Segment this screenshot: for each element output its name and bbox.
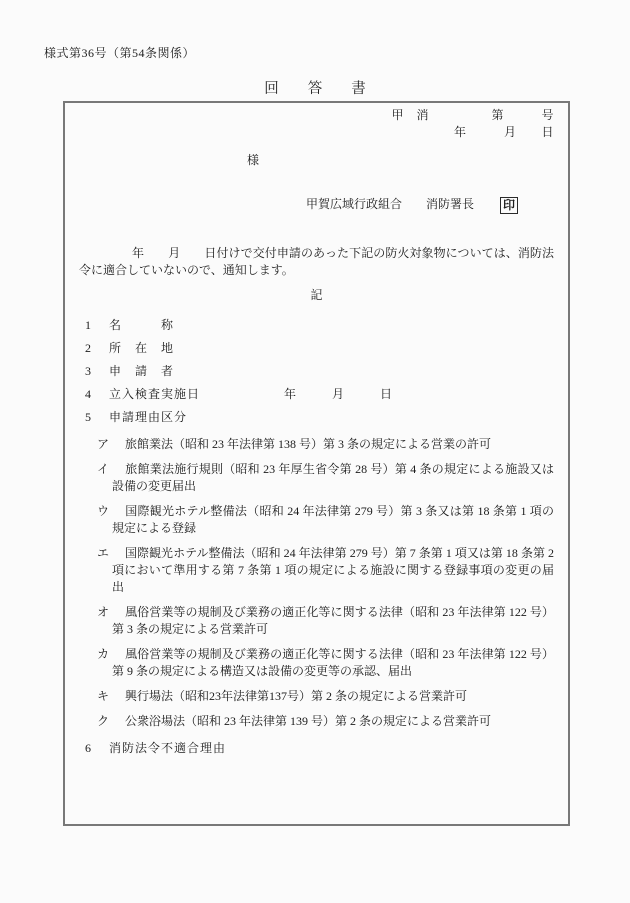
- reason-item: カ風俗営業等の規制及び業務の適正化等に関する法律（昭和 23 年法律第 122 …: [112, 646, 554, 680]
- item-number: 4: [85, 386, 109, 402]
- reason-item: ウ国際観光ホテル整備法（昭和 24 年法律第 279 号）第 3 条又は第 18…: [112, 503, 554, 537]
- item-number: 3: [85, 363, 109, 379]
- item-label: 申 請 者: [109, 364, 174, 378]
- reason-letter: イ: [97, 462, 109, 476]
- reason-letter: ア: [97, 437, 109, 451]
- document-frame: 甲 消 第 号 年 月 日 様 甲賀広域行政組合 消防署長印 年 月 日付けで交…: [63, 101, 570, 826]
- reason-text: 公衆浴場法（昭和 23 年法律第 139 号）第 2 条の規定による営業許可: [125, 714, 491, 728]
- item-number: 5: [85, 409, 109, 425]
- reason-item: オ風俗営業等の規制及び業務の適正化等に関する法律（昭和 23 年法律第 122 …: [112, 604, 554, 638]
- item-number: 1: [85, 317, 109, 333]
- seal-mark: 印: [500, 197, 518, 214]
- item-label: 所 在 地: [109, 341, 174, 355]
- form-number: 様式第36号（第54条関係）: [44, 44, 195, 61]
- issuer-line: 甲賀広域行政組合 消防署長印: [306, 195, 554, 214]
- reason-letter: オ: [97, 605, 109, 619]
- item-label: 立入検査実施日: [109, 387, 200, 401]
- item-name: 1名 称: [85, 317, 554, 333]
- item-number: 6: [85, 740, 109, 756]
- reason-category-list: ア旅館業法（昭和 23 年法律第 138 号）第 3 条の規定による営業の許可 …: [79, 436, 554, 730]
- date-line: 年 月 日: [79, 124, 554, 141]
- record-heading: 記: [79, 287, 554, 304]
- addressee-suffix: 様: [247, 152, 554, 169]
- reason-text: 旅館業法（昭和 23 年法律第 138 号）第 3 条の規定による営業の許可: [125, 437, 491, 451]
- item-noncompliance-reason: 6消防法令不適合理由: [85, 740, 554, 756]
- inspection-date-blanks: 年 月 日: [284, 387, 392, 401]
- reason-letter: キ: [97, 689, 109, 703]
- reason-letter: エ: [97, 546, 109, 560]
- item-applicant: 3申 請 者: [85, 363, 554, 379]
- document-title: 回 答 書: [0, 77, 630, 98]
- reason-letter: ウ: [97, 504, 109, 518]
- reason-item: ク公衆浴場法（昭和 23 年法律第 139 号）第 2 条の規定による営業許可: [112, 713, 554, 730]
- item-label: 申請理由区分: [109, 410, 187, 424]
- reason-text: 旅館業法施行規則（昭和 23 年厚生省令第 28 号）第 4 条の規定による施設…: [112, 462, 554, 493]
- reason-letter: カ: [97, 647, 109, 661]
- body-paragraph: 年 月 日付けで交付申請のあった下記の防火対象物については、消防法令に適合してい…: [79, 245, 554, 279]
- item-location: 2所 在 地: [85, 340, 554, 356]
- item-number: 2: [85, 340, 109, 356]
- reason-item: キ興行場法（昭和23年法律第137号）第 2 条の規定による営業許可: [112, 688, 554, 705]
- reason-text: 興行場法（昭和23年法律第137号）第 2 条の規定による営業許可: [125, 689, 467, 703]
- item-label: 消防法令不適合理由: [109, 741, 226, 755]
- issuer-name: 甲賀広域行政組合 消防署長: [306, 197, 474, 211]
- reason-item: エ国際観光ホテル整備法（昭和 24 年法律第 279 号）第 7 条第 1 項又…: [112, 545, 554, 596]
- item-label: 名 称: [109, 318, 174, 332]
- reason-text: 風俗営業等の規制及び業務の適正化等に関する法律（昭和 23 年法律第 122 号…: [112, 647, 554, 678]
- reason-item: ア旅館業法（昭和 23 年法律第 138 号）第 3 条の規定による営業の許可: [112, 436, 554, 453]
- reference-number-line: 甲 消 第 号: [79, 107, 554, 124]
- reason-item: イ旅館業法施行規則（昭和 23 年厚生省令第 28 号）第 4 条の規定による施…: [112, 461, 554, 495]
- reason-text: 国際観光ホテル整備法（昭和 24 年法律第 279 号）第 3 条又は第 18 …: [112, 504, 554, 535]
- item-application-reason: 5申請理由区分: [85, 409, 554, 425]
- reason-text: 国際観光ホテル整備法（昭和 24 年法律第 279 号）第 7 条第 1 項又は…: [112, 546, 554, 594]
- reason-letter: ク: [97, 714, 109, 728]
- reason-text: 風俗営業等の規制及び業務の適正化等に関する法律（昭和 23 年法律第 122 号…: [112, 605, 554, 636]
- item-inspection-date: 4立入検査実施日年 月 日: [85, 386, 554, 402]
- main-item-list: 1名 称 2所 在 地 3申 請 者 4立入検査実施日年 月 日 5申請理由区分: [79, 317, 554, 425]
